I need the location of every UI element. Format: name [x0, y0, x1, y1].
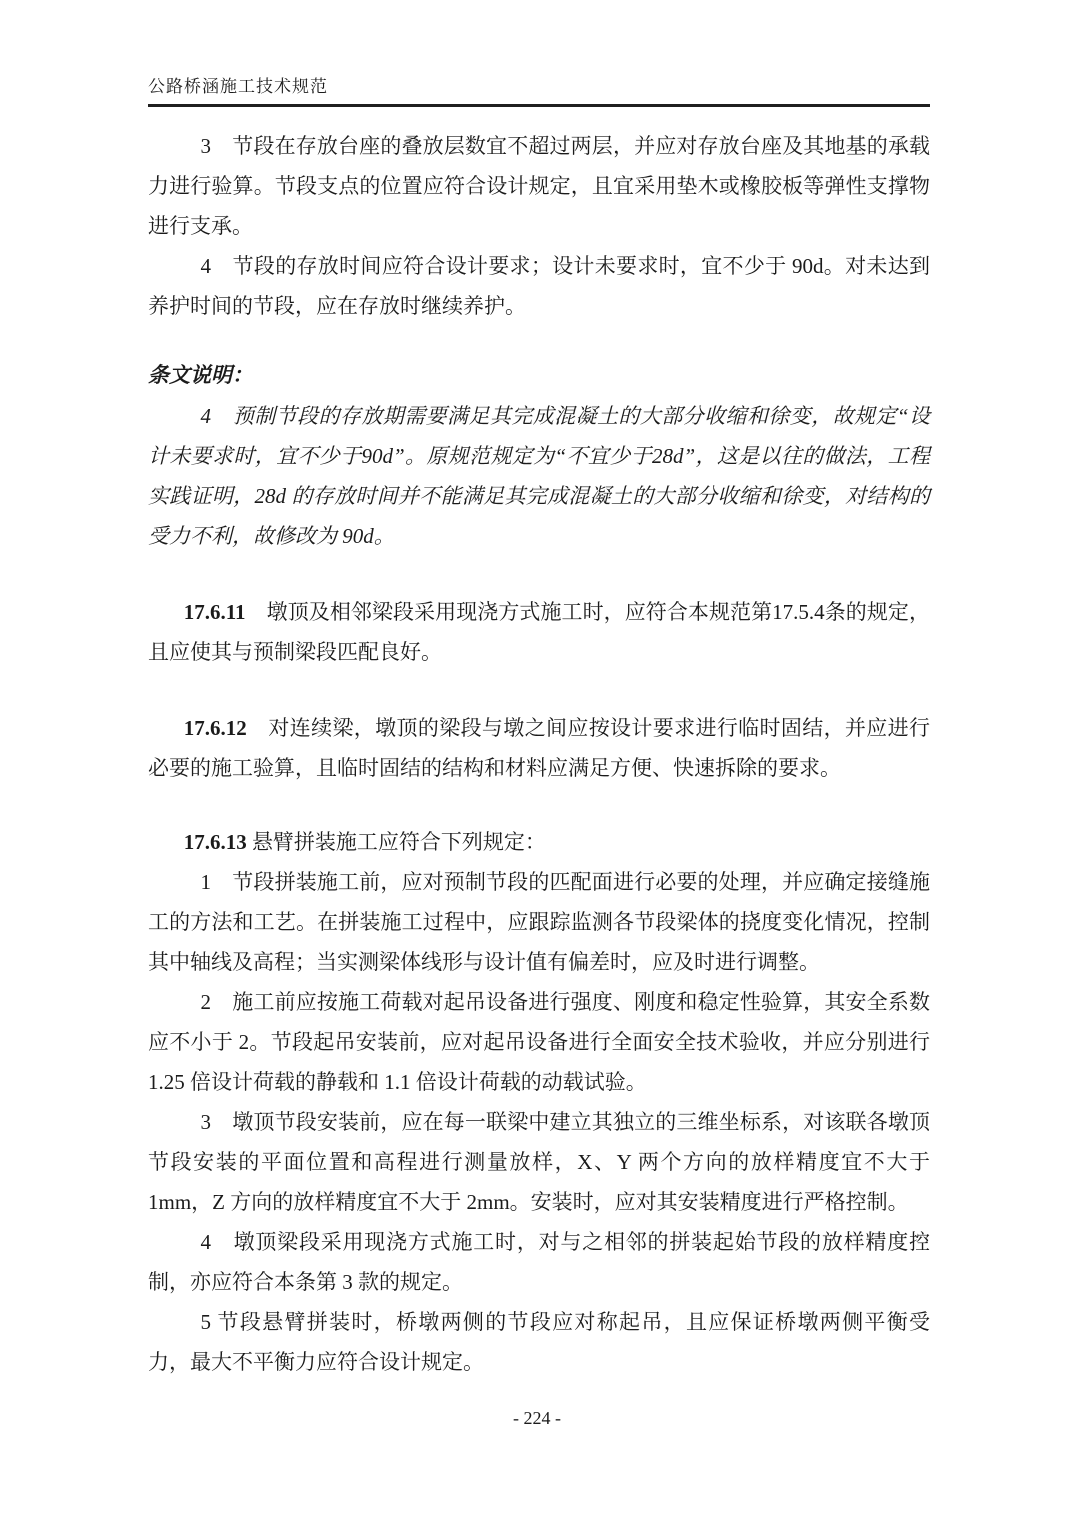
spacer — [148, 672, 930, 708]
subitem-4: 4 墩顶梁段采用现浇方式施工时，对与之相邻的拼装起始节段的放样精度控制，亦应符合… — [148, 1222, 930, 1302]
clause-item-3: 3 节段在存放台座的叠放层数宜不超过两层，并应对存放台座及其地基的承载力进行验算… — [148, 126, 930, 246]
section-17-6-12: 17.6.12 对连续梁，墩顶的梁段与墩之间应按设计要求进行临时固结，并应进行必… — [148, 708, 930, 788]
section-17-6-11-text: 墩顶及相邻梁段采用现浇方式施工时，应符合本规范第17.5.4条的规定，且应使其与… — [148, 600, 930, 664]
subitem-2: 2 施工前应按施工荷载对起吊设备进行强度、刚度和稳定性验算，其安全系数应不小于 … — [148, 982, 930, 1102]
section-17-6-13-text: 悬臂拼装施工应符合下列规定： — [247, 830, 546, 854]
spacer — [148, 326, 930, 356]
section-17-6-12-number: 17.6.12 — [184, 716, 247, 740]
subitem-5: 5 节段悬臂拼装时，桥墩两侧的节段应对称起吊，且应保证桥墩两侧平衡受力，最大不平… — [148, 1302, 930, 1382]
subitem-3: 3 墩顶节段安装前，应在每一联梁中建立其独立的三维坐标系，对该联各墩顶节段安装的… — [148, 1102, 930, 1222]
document-page: 公路桥涵施工技术规范 3 节段在存放台座的叠放层数宜不超过两层，并应对存放台座及… — [0, 0, 1074, 1520]
spacer — [148, 556, 930, 592]
page-footer: - 224 - — [0, 1406, 1074, 1430]
spacer — [148, 788, 930, 822]
section-17-6-13-number: 17.6.13 — [184, 830, 247, 854]
section-17-6-12-text: 对连续梁，墩顶的梁段与墩之间应按设计要求进行临时固结，并应进行必要的施工验算，且… — [148, 716, 930, 780]
page-content: 3 节段在存放台座的叠放层数宜不超过两层，并应对存放台座及其地基的承载力进行验算… — [148, 126, 930, 1382]
running-header-title: 公路桥涵施工技术规范 — [148, 77, 328, 96]
clause-item-4: 4 节段的存放时间应符合设计要求；设计未要求时，宜不少于 90d。对未达到养护时… — [148, 246, 930, 326]
page-number: - 224 - — [513, 1408, 561, 1428]
section-17-6-11: 17.6.11 墩顶及相邻梁段采用现浇方式施工时，应符合本规范第17.5.4条的… — [148, 592, 930, 672]
notes-paragraph: 4 预制节段的存放期需要满足其完成混凝土的大部分收缩和徐变，故规定“设计未要求时… — [148, 396, 930, 556]
running-header: 公路桥涵施工技术规范 — [148, 76, 930, 107]
section-17-6-13: 17.6.13 悬臂拼装施工应符合下列规定： — [148, 822, 930, 862]
section-17-6-11-number: 17.6.11 — [184, 600, 246, 624]
subitem-1: 1 节段拼装施工前，应对预制节段的匹配面进行必要的处理，并应确定接缝施工的方法和… — [148, 862, 930, 982]
notes-heading: 条文说明： — [148, 356, 930, 396]
